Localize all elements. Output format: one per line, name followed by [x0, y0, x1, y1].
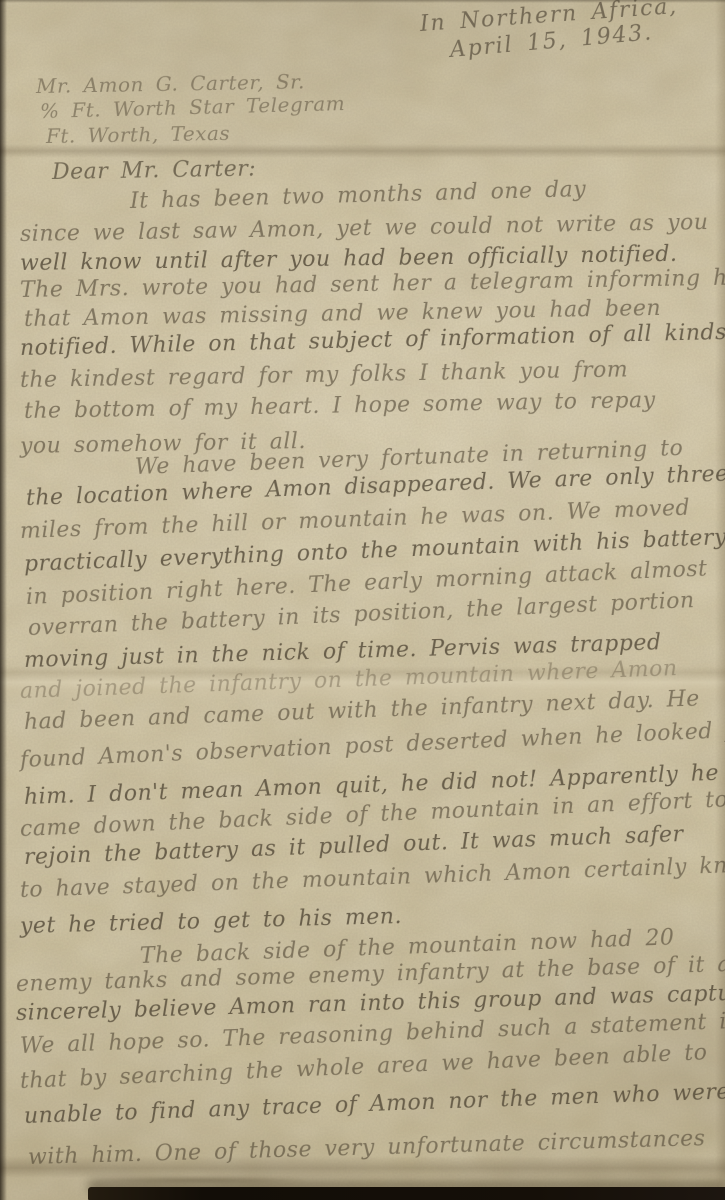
body-line: with him. One of those very unfortunate …: [28, 1126, 706, 1170]
body-line: the kindest regard for my folks I thank …: [20, 357, 629, 393]
bottom-scan-edge: [88, 1187, 725, 1200]
salutation: Dear Mr. Carter:: [52, 156, 257, 185]
pencil-smudge: [95, 1176, 305, 1184]
address-line-3: Ft. Worth, Texas: [46, 121, 231, 149]
body-line: It has been two months and one day: [130, 177, 587, 214]
body-line: since we last saw Amon, yet we could not…: [20, 210, 709, 247]
body-line: the bottom of my heart. I hope some way …: [24, 388, 656, 424]
scanned-letter-page: In Northern Africa, April 15, 1943. Mr. …: [0, 0, 725, 1200]
left-edge-shadow: [0, 0, 7, 1200]
body-line: yet he tried to get to his men.: [20, 904, 403, 939]
